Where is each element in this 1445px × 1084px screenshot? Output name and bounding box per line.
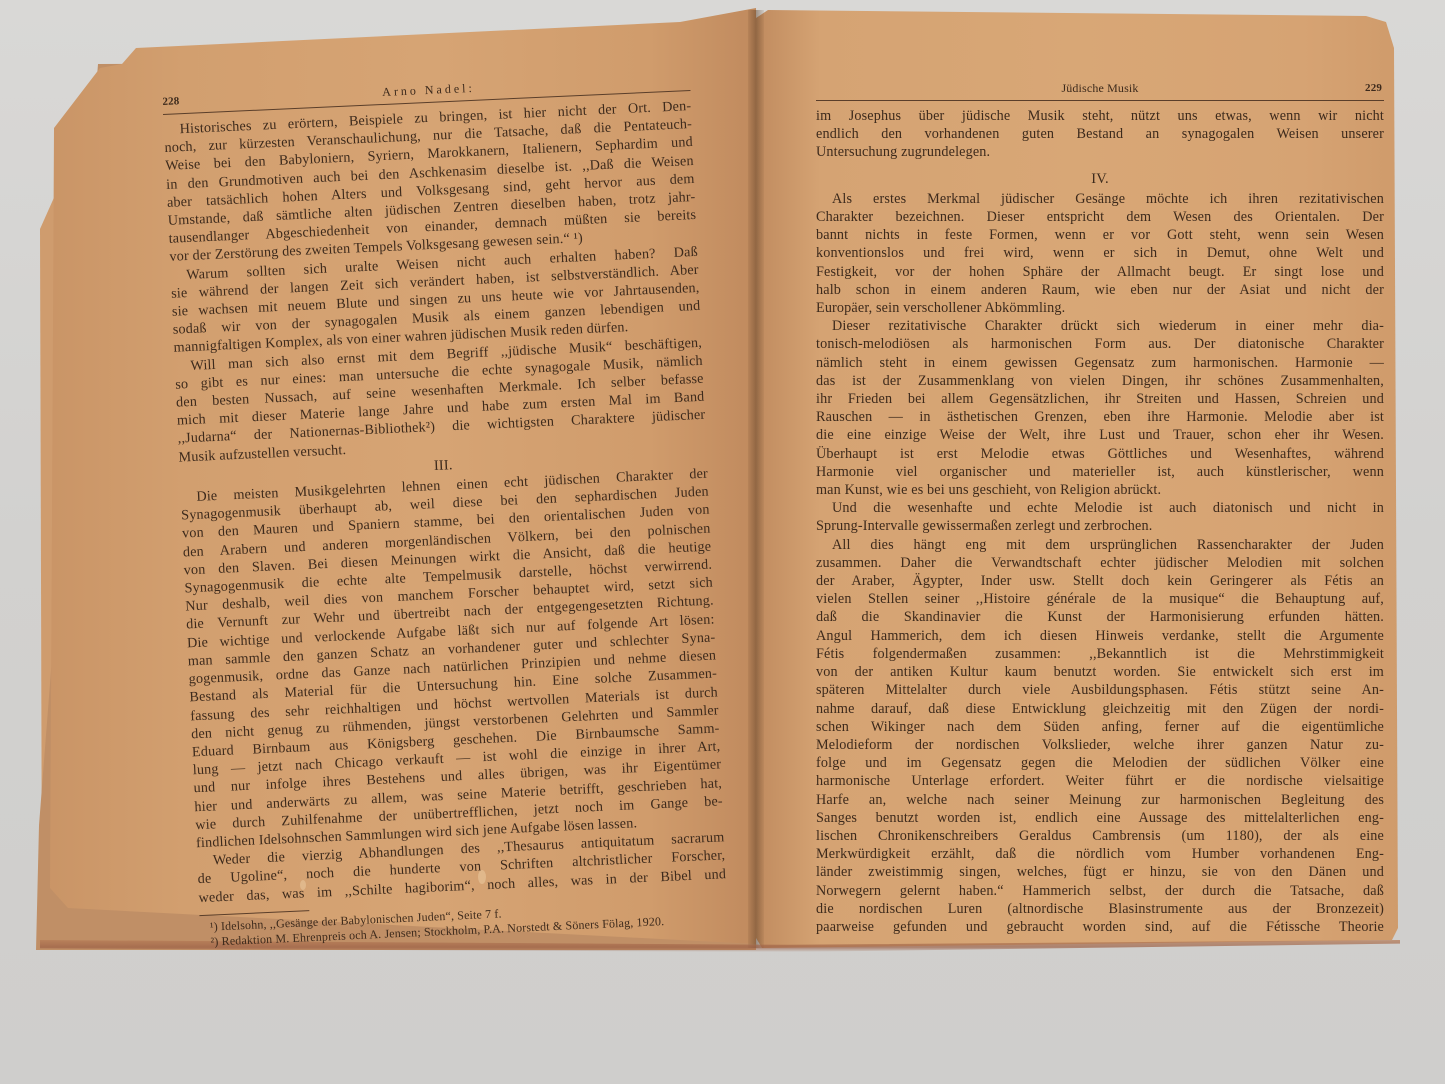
text-line: Europäer, sein verschollener Abkömmling.	[816, 299, 1384, 317]
page-number: 228	[162, 92, 180, 111]
text-line: daß die Skandinavier die Kunst der Harmo…	[816, 608, 1384, 626]
running-head-title: Jüdische Musik	[816, 79, 1384, 97]
running-head-title: Arno Nadel:	[382, 79, 475, 101]
text-line: Harfe an, welche nach seiner Meinung zur…	[816, 791, 1384, 809]
text-line: von der antiken Kultur kaum benutzt word…	[816, 663, 1384, 681]
text-line: Angul Hammerich, dem ich diesen Hinweis …	[816, 627, 1384, 645]
text-line: Als erstes Merkmal jüdischer Gesänge möc…	[816, 190, 1384, 208]
text-line: der Araber, Ägypter, Inder usw. Stellt d…	[816, 572, 1384, 590]
text-line: Sanges benutzt worden ist, endlich eine …	[816, 809, 1384, 827]
body-text: im Josephus über jüdische Musik steht, n…	[816, 107, 1384, 162]
text-line: die eine einzige Weise der Welt, ihre Lu…	[816, 426, 1384, 444]
text-line: Melodieform der nordischen Volkslieder, …	[816, 736, 1384, 754]
text-line: All dies hängt eng mit dem ursprüngliche…	[816, 536, 1384, 554]
text-line: nämlich steht in einem gewissen Gegensat…	[816, 354, 1384, 372]
text-line: schen Wikinger nach dem Süden anfing, fe…	[816, 718, 1384, 736]
text-line: im Josephus über jüdische Musik steht, n…	[816, 107, 1384, 125]
text-line: Harmonie viel organischer und materielle…	[816, 463, 1384, 481]
body-text: Historisches zu erörtern, Beispiele zu b…	[163, 97, 706, 466]
text-line: Rauschen — in ästhetischen Grenzen, eben…	[816, 408, 1384, 426]
text-line: späteren Mittelalter durch viele Ausbild…	[816, 681, 1384, 699]
text-line: Merkwürdigkeit erzählt, daß die nördlich…	[816, 845, 1384, 863]
text-line: tonisch-melodiösen als harmonischen Form…	[816, 335, 1384, 353]
text-line: zusammen. Daher die Verwandtschaft echte…	[816, 554, 1384, 572]
text-line: ihr Frieden bei allem Gegensätzlichen, i…	[816, 390, 1384, 408]
section-heading: IV.	[816, 170, 1384, 188]
text-line: lischen Chronikenschreibers Geraldus Cam…	[816, 827, 1384, 845]
body-text: Als erstes Merkmal jüdischer Gesänge möc…	[816, 190, 1384, 936]
book-gutter	[748, 10, 764, 948]
right-page-text: Jüdische Musik 229 im Josephus über jüdi…	[816, 78, 1384, 936]
text-line: halb schon in einem anderen Raum, wie eb…	[816, 281, 1384, 299]
text-line: Fétis folgendermaßen zusammen: ,,Bekannt…	[816, 645, 1384, 663]
left-page-text: 228 Arno Nadel: Historisches zu erörtern…	[162, 68, 728, 950]
text-line: die nordischen Luren (altnordische Blasi…	[816, 900, 1384, 918]
text-line: Festigkeit, vor der hohen Sphäre der All…	[816, 263, 1384, 281]
text-line: Untersuchung zugrundelegen.	[816, 143, 1384, 161]
running-head: Jüdische Musik 229	[816, 78, 1384, 101]
page-number: 229	[1365, 79, 1382, 97]
text-line: Norwegern gelernt haben.“ Hammerich selb…	[816, 882, 1384, 900]
text-line: vielen Stellen seiner ,,Histoire général…	[816, 590, 1384, 608]
text-line: das ist der Zusammenklang von vielen Din…	[816, 372, 1384, 390]
text-line: Und die wesenhafte und echte Melodie ist…	[816, 499, 1384, 517]
text-line: länder zweistimmig singen, welches, fügt…	[816, 863, 1384, 881]
text-line: folge und im Gegensatz gegen die Melodie…	[816, 754, 1384, 772]
text-line: Dieser rezitativische Charakter drückt s…	[816, 317, 1384, 335]
text-line: bannt nichts in feste Formen, wenn er vo…	[816, 226, 1384, 244]
text-line: nahme darauf, daß diese Entwicklung glei…	[816, 700, 1384, 718]
body-text: Die meisten Musikgelehrten lehnen einen …	[180, 465, 726, 907]
open-book: 228 Arno Nadel: Historisches zu erörtern…	[0, 0, 1445, 1084]
text-line: konventionslos und frei wird, wenn er si…	[816, 244, 1384, 262]
text-line: Überhaupt ist erst Melodie etwas Göttlic…	[816, 445, 1384, 463]
text-line: paarweise gefunden und gebraucht worden …	[816, 918, 1384, 936]
text-line: Charakter bezeichnen. Dieser entspricht …	[816, 208, 1384, 226]
text-line: harmonische Unterlage erfordert. Weiter …	[816, 772, 1384, 790]
text-line: man Kunst, wie es bei uns geschieht, von…	[816, 481, 1384, 499]
text-line: endlich den vorhandenen guten Bestand an…	[816, 125, 1384, 143]
text-line: Sprung-Intervalle gewissermaßen zerlegt …	[816, 517, 1384, 535]
